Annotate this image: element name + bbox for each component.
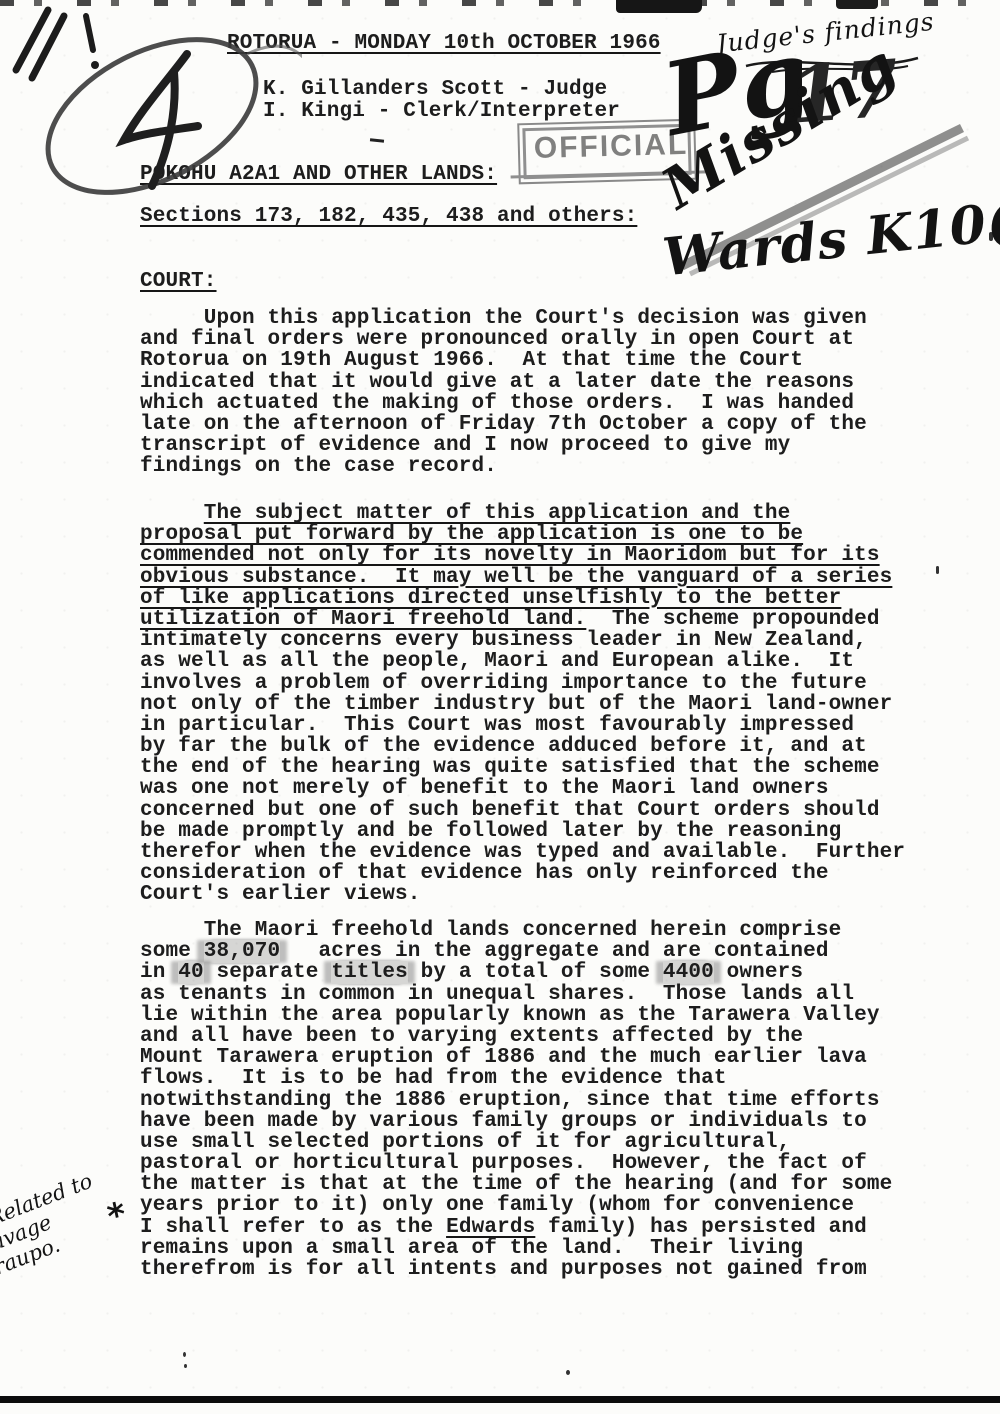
underlined-text: Edwards <box>446 1216 535 1239</box>
document-line: which actuated the making of those order… <box>140 393 867 414</box>
text-segment <box>140 502 204 525</box>
document-line: intimately concerns every business leade… <box>140 630 905 651</box>
text-segment: The Maori freehold lands concerned herei… <box>140 919 841 942</box>
document-line: concerned but one of such benefit that C… <box>140 800 905 821</box>
document-line: proposal put forward by the application … <box>140 524 905 545</box>
text-segment: consideration of that evidence has only … <box>140 862 829 885</box>
text-segment: therefor when the evidence was typed and… <box>140 841 905 864</box>
document-line: remains upon a small area of the land. T… <box>140 1238 892 1259</box>
document-line: Mount Tarawera eruption of 1886 and the … <box>140 1047 892 1068</box>
document-line: in 40 separate titles by a total of some… <box>140 962 892 983</box>
document-line: use small selected portions of it for ag… <box>140 1132 892 1153</box>
text-segment: transcript of evidence and I now proceed… <box>140 434 790 457</box>
document-line: therefor when the evidence was typed and… <box>140 842 905 863</box>
document-line: indicated that it would give at a later … <box>140 372 867 393</box>
text-segment: was one not merely of benefit to the Mao… <box>140 777 829 800</box>
text-segment: years prior to it) only one family (whom… <box>140 1194 854 1217</box>
document-line: by far the bulk of the evidence adduced … <box>140 736 905 757</box>
document-line: the end of the hearing was quite satisfi… <box>140 757 905 778</box>
stray-pen-dash <box>370 138 384 142</box>
document-line: late on the afternoon of Friday 7th Octo… <box>140 414 867 435</box>
document-line: years prior to it) only one family (whom… <box>140 1195 892 1216</box>
text-segment: not only of the timber industry but of t… <box>140 693 892 716</box>
text-segment: late on the afternoon of Friday 7th Octo… <box>140 413 867 436</box>
document-line: in particular. This Court was most favou… <box>140 715 905 736</box>
judge-line: K. Gillanders Scott - Judge <box>263 79 607 100</box>
paragraph-subject-matter: The subject matter of this application a… <box>140 503 905 906</box>
text-segment: use small selected portions of it for ag… <box>140 1131 790 1154</box>
smudged-text: titles <box>331 961 408 984</box>
document-line: therefrom is for all intents and purpose… <box>140 1259 892 1280</box>
document-line: commended not only for its novelty in Ma… <box>140 545 905 566</box>
smudged-text: 40 <box>178 961 204 984</box>
underlined-text: The subject matter of this application a… <box>204 502 791 525</box>
document-line: the matter is that at the time of the he… <box>140 1174 892 1195</box>
document-line: I shall refer to as the Edwards family) … <box>140 1217 892 1238</box>
text-segment: owners <box>714 961 803 984</box>
text-segment: notwithstanding the 1886 eruption, since… <box>140 1089 880 1112</box>
court-label: COURT: <box>140 271 217 292</box>
underlined-text: obvious substance. It may well be the va… <box>140 566 892 589</box>
text-segment: findings on the case record. <box>140 455 497 478</box>
text-segment: in <box>140 961 178 984</box>
text-segment: by a total of some <box>408 961 663 984</box>
text-segment: I shall refer to as the <box>140 1216 446 1239</box>
document-line: have been made by various family groups … <box>140 1111 892 1132</box>
text-segment: Rotorua on 19th August 1966. At that tim… <box>140 349 803 372</box>
circled-handwritten-mark <box>22 16 302 216</box>
text-segment: Mount Tarawera eruption of 1886 and the … <box>140 1046 867 1069</box>
text-segment: separate <box>204 961 332 984</box>
text-segment: involves a problem of overriding importa… <box>140 672 867 695</box>
text-segment: some <box>140 940 204 963</box>
text-segment: the matter is that at the time of the he… <box>140 1173 892 1196</box>
document-line: utilization of Maori freehold land. The … <box>140 609 905 630</box>
text-segment: Upon this application the Court's decisi… <box>140 307 867 330</box>
text-segment: as well as all the people, Maori and Eur… <box>140 650 854 673</box>
text-segment: as tenants in common in unequal shares. … <box>140 983 854 1006</box>
scan-artifact-blob <box>616 0 702 13</box>
text-segment: the end of the hearing was quite satisfi… <box>140 756 880 779</box>
document-line: flows. It is to be had from the evidence… <box>140 1068 892 1089</box>
document-line: was one not merely of benefit to the Mao… <box>140 778 905 799</box>
underlined-text: utilization of Maori freehold land. <box>140 608 586 631</box>
smudged-text: 4400 <box>663 961 714 984</box>
smudged-text: 38,070 <box>204 940 281 963</box>
text-segment: flows. It is to be had from the evidence… <box>140 1067 727 1090</box>
underlined-text: proposal put forward by the application … <box>140 523 803 546</box>
handwritten-numeral <box>124 54 198 186</box>
text-segment: family) has persisted and <box>535 1216 867 1239</box>
text-segment: indicated that it would give at a later … <box>140 371 854 394</box>
document-line: consideration of that evidence has only … <box>140 863 905 884</box>
document-line: involves a problem of overriding importa… <box>140 673 905 694</box>
text-segment: remains upon a small area of the land. T… <box>140 1237 803 1260</box>
document-line: and all have been to varying extents aff… <box>140 1026 892 1047</box>
scanned-court-document-page: ROTORUA - MONDAY 10th OCTOBER 1966 K. Gi… <box>0 0 1000 1414</box>
text-segment: in particular. This Court was most favou… <box>140 714 854 737</box>
scan-speck <box>566 1370 570 1375</box>
paragraph-decision: Upon this application the Court's decisi… <box>140 308 867 478</box>
document-line: and final orders were pronounced orally … <box>140 329 867 350</box>
text-segment: acres in the aggregate and are contained <box>280 940 828 963</box>
scan-speck <box>184 1364 187 1368</box>
scan-speck <box>183 1352 186 1357</box>
document-line: Upon this application the Court's decisi… <box>140 308 867 329</box>
document-line: transcript of evidence and I now proceed… <box>140 435 867 456</box>
text-segment: pastoral or horticultural purposes. Howe… <box>140 1152 867 1175</box>
document-line: not only of the timber industry but of t… <box>140 694 905 715</box>
document-line: as tenants in common in unequal shares. … <box>140 984 892 1005</box>
document-line: pastoral or horticultural purposes. Howe… <box>140 1153 892 1174</box>
text-segment: concerned but one of such benefit that C… <box>140 799 880 822</box>
text-segment: lie within the area popularly known as t… <box>140 1004 880 1027</box>
document-line: The subject matter of this application a… <box>140 503 905 524</box>
paragraph-lands-description: The Maori freehold lands concerned herei… <box>140 920 892 1280</box>
scan-speck <box>936 566 939 574</box>
document-line: Court's earlier views. <box>140 884 905 905</box>
document-line: obvious substance. It may well be the va… <box>140 567 905 588</box>
document-line: The Maori freehold lands concerned herei… <box>140 920 892 941</box>
document-line: findings on the case record. <box>140 456 867 477</box>
clerk-line: I. Kingi - Clerk/Interpreter <box>263 101 620 122</box>
text-segment: intimately concerns every business leade… <box>140 629 867 652</box>
text-segment: and all have been to varying extents aff… <box>140 1025 803 1048</box>
text-segment: The scheme propounded <box>586 608 879 631</box>
text-segment: which actuated the making of those order… <box>140 392 854 415</box>
text-segment: therefrom is for all intents and purpose… <box>140 1258 867 1281</box>
document-line: Rotorua on 19th August 1966. At that tim… <box>140 350 867 371</box>
text-segment: by far the bulk of the evidence adduced … <box>140 735 867 758</box>
handwritten-margin-note: Related to avage raupo. <box>0 1169 113 1275</box>
text-segment: have been made by various family groups … <box>140 1110 867 1133</box>
scan-artifact-blob <box>836 0 878 9</box>
document-line: be made promptly and be followed later b… <box>140 821 905 842</box>
document-line: of like applications directed unselfishl… <box>140 588 905 609</box>
underlined-text: commended not only for its novelty in Ma… <box>140 544 880 567</box>
text-segment: and final orders were pronounced orally … <box>140 328 854 351</box>
scan-bottom-edge-line <box>0 1396 1000 1403</box>
text-segment: be made promptly and be followed later b… <box>140 820 841 843</box>
document-line: notwithstanding the 1886 eruption, since… <box>140 1090 892 1111</box>
document-line: some 38,070 acres in the aggregate and a… <box>140 941 892 962</box>
text-segment: Court's earlier views. <box>140 883 421 906</box>
document-line: as well as all the people, Maori and Eur… <box>140 651 905 672</box>
document-line: lie within the area popularly known as t… <box>140 1005 892 1026</box>
underlined-text: of like applications directed unselfishl… <box>140 587 841 610</box>
